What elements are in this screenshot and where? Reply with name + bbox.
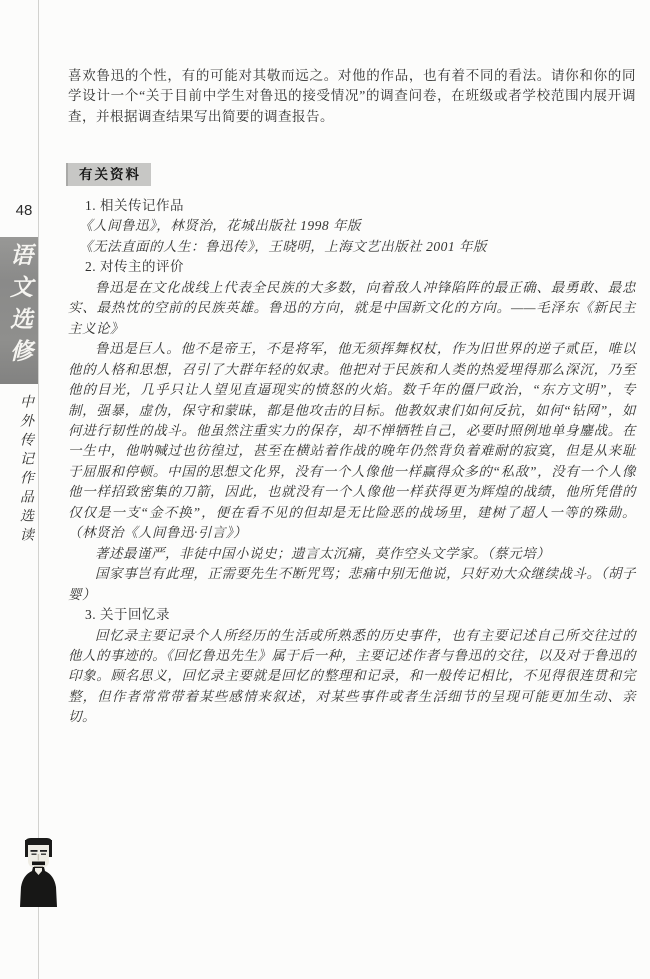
series-title-vertical: 语文选修 — [0, 237, 38, 371]
page-number: 48 — [12, 202, 36, 219]
lu-xun-portrait-image — [18, 837, 59, 907]
intro-paragraph: 喜欢鲁迅的个性，有的可能对其敬而远之。对他的作品，也有着不同的看法。请你和你的同… — [68, 66, 636, 127]
evaluation-quote-huziying: 国家事岂有此理，正需要先生不断咒骂；悲痛中别无他说，只好劝大众继续战斗。（胡子婴… — [68, 564, 636, 605]
book-reference: 《人间鲁迅》，林贤治，花城出版社 1998 年版 — [68, 216, 636, 236]
lu-xun-woodcut-icon — [18, 837, 59, 907]
materials-heading-2: 2. 对传主的评价 — [68, 257, 636, 277]
memoir-explanation-paragraph: 回忆录主要记录个人所经历的生活或所熟悉的历史事件，也有主要记述自己所交往过的他人… — [68, 626, 636, 728]
evaluation-quote-caiyuanpei: 著述最谨严，非徒中国小说史；遗言太沉痛，莫作空头文学家。（蔡元培） — [68, 544, 636, 564]
book-reference: 《无法直面的人生：鲁迅传》，王晓明，上海文艺出版社 2001 年版 — [68, 237, 636, 257]
margin-divider-line — [38, 0, 39, 979]
materials-heading-3: 3. 关于回忆录 — [68, 605, 636, 625]
evaluation-quote-mao: 鲁迅是在文化战线上代表全民族的大多数，向着敌人冲锋陷阵的最正确、最勇敢、最忠实、… — [68, 278, 636, 339]
evaluation-quote-linxianzhi: 鲁迅是巨人。他不是帝王，不是将军，他无须挥舞权杖，作为旧世界的逆子贰臣，唯以他的… — [68, 339, 636, 544]
related-materials-body: 1. 相关传记作品 《人间鲁迅》，林贤治，花城出版社 1998 年版 《无法直面… — [68, 196, 636, 728]
materials-heading-1: 1. 相关传记作品 — [68, 196, 636, 216]
section-badge-related-materials: 有关资料 — [68, 163, 151, 186]
series-title-block: 语文选修 — [0, 237, 38, 384]
textbook-page: 48 语文选修 中外传记作品选读 — [0, 0, 650, 979]
book-subtitle-vertical: 中外传记作品选读 — [15, 394, 35, 574]
